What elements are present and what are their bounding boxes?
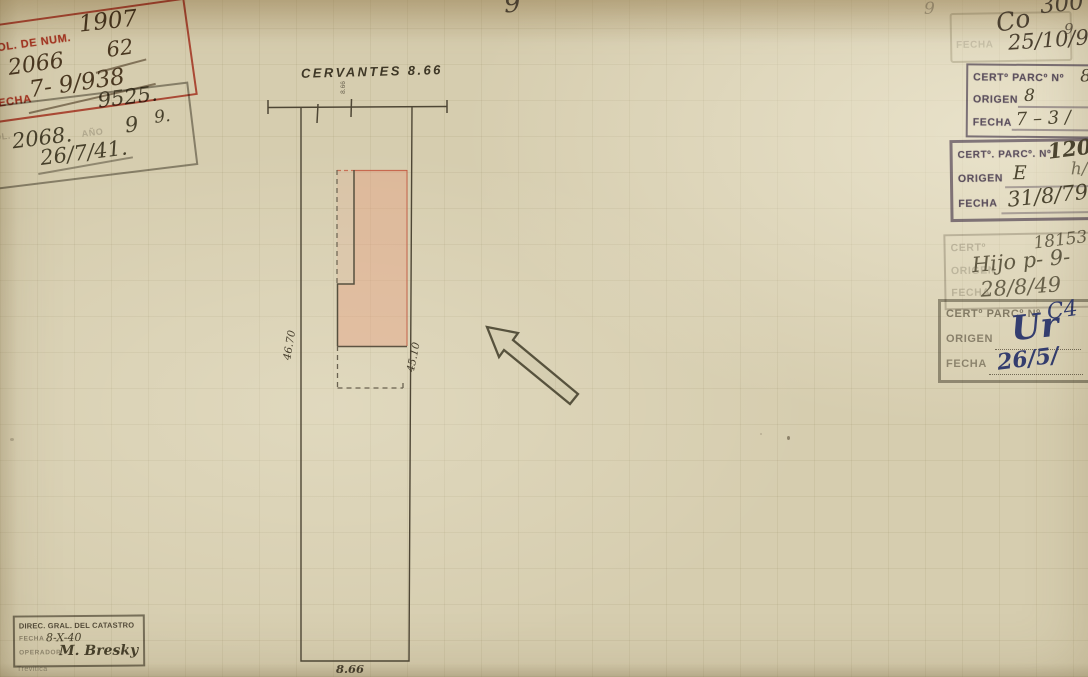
frontage-tick-label: 8.66 (340, 81, 347, 94)
cert2-row3-value: 31/8/79 (1006, 182, 1088, 211)
page-number-faint: 9 (924, 1, 935, 18)
cert4-row3-value: 26/5/ (996, 344, 1060, 373)
cert1-row3-value: 7 – 3 / (1015, 109, 1071, 129)
scanned-cadastral-document: 9 9 SOL. DE NUM. 1907 Nº 2066 62 FECHA 7… (0, 0, 1088, 677)
cert4-row2-value: Ur (1009, 308, 1060, 347)
catastro-footnote: Trevitica (17, 666, 48, 673)
arrow-outline (487, 327, 578, 404)
catastro-operador-label: OPERADOR (19, 650, 61, 657)
grey-stamp-label-mid: AÑO (81, 127, 104, 139)
cert1-row1-label: CERTº PARCº Nº (973, 72, 1064, 83)
catastro-operador-value: M. Bresky (59, 643, 138, 658)
top-right-number: 300 (1039, 0, 1085, 18)
cert3-row3-value: 28/8/49 (980, 274, 1062, 301)
catastro-stamp: DIREC. GRAL. DEL CATASTRO FECHA 8-X-40 O… (13, 614, 145, 667)
bottom-dimension: 8.66 (336, 664, 364, 676)
cert2-row1-label: CERTº. PARCº. Nº (958, 150, 1052, 161)
cert2-row2-value: E (1013, 164, 1027, 183)
underline (1012, 129, 1088, 131)
catastro-fecha-label: FECHA (19, 636, 44, 643)
catastro-fecha-value: 8-X-40 (46, 632, 82, 643)
cert2-row2-extra: h/ (1071, 161, 1088, 178)
page-number: 9 (503, 0, 521, 18)
cert1-row1-value: 8 (1080, 68, 1088, 85)
cert-parc-stamp-2: CERTº. PARCº. Nº 1207 ORIGEN E h/ FECHA … (949, 138, 1088, 222)
grey-stamp-value-mid2: 9 (124, 114, 140, 136)
faint-fecha-label: FECHA (956, 40, 994, 51)
grey-stamp-value-top: 9525. (97, 83, 159, 111)
cert-parc-stamp-4: CERTº PARCº Nº C4 ORIGEN Ur FECHA 26/5/ (938, 299, 1088, 383)
cert2-row3-label: FECHA (958, 198, 997, 209)
red-stamp-value-2b: 62 (105, 36, 134, 61)
red-stamp-label-2: Nº (0, 70, 1, 83)
building-dashed-strip (337, 170, 354, 284)
catastro-title: DIREC. GRAL. DEL CATASTRO (19, 622, 134, 631)
cert2-row2-label: ORIGEN (958, 173, 1003, 184)
building-dashed-extension (338, 346, 404, 388)
cert1-row2-label: ORIGEN (973, 94, 1018, 105)
grey-stamp-value-mid3: 9. (153, 108, 171, 127)
cert4-row2-label: ORIGEN (946, 334, 993, 345)
top-right-date: 25/10/9 (1007, 27, 1088, 54)
underline (1001, 211, 1088, 214)
direction-arrow (478, 316, 590, 414)
paper-speck (787, 436, 790, 440)
cert4-row3-label: FECHA (946, 359, 987, 370)
grey-stamp-label-left: SOL. (0, 132, 11, 144)
paper-speck (10, 438, 14, 441)
red-stamp-value-1: 1907 (78, 8, 139, 37)
cert-parc-stamp-1: CERTº PARCº Nº 8 ORIGEN 8 FECHA 7 – 3 / (966, 63, 1088, 138)
paper-speck (760, 433, 762, 435)
cert1-row3-label: FECHA (973, 117, 1012, 128)
parcel-plan-drawing (230, 56, 470, 677)
cert1-row2-value: 8 (1024, 88, 1035, 105)
cert2-row1-value: 1207 (1047, 134, 1088, 162)
street-line (268, 99, 447, 123)
